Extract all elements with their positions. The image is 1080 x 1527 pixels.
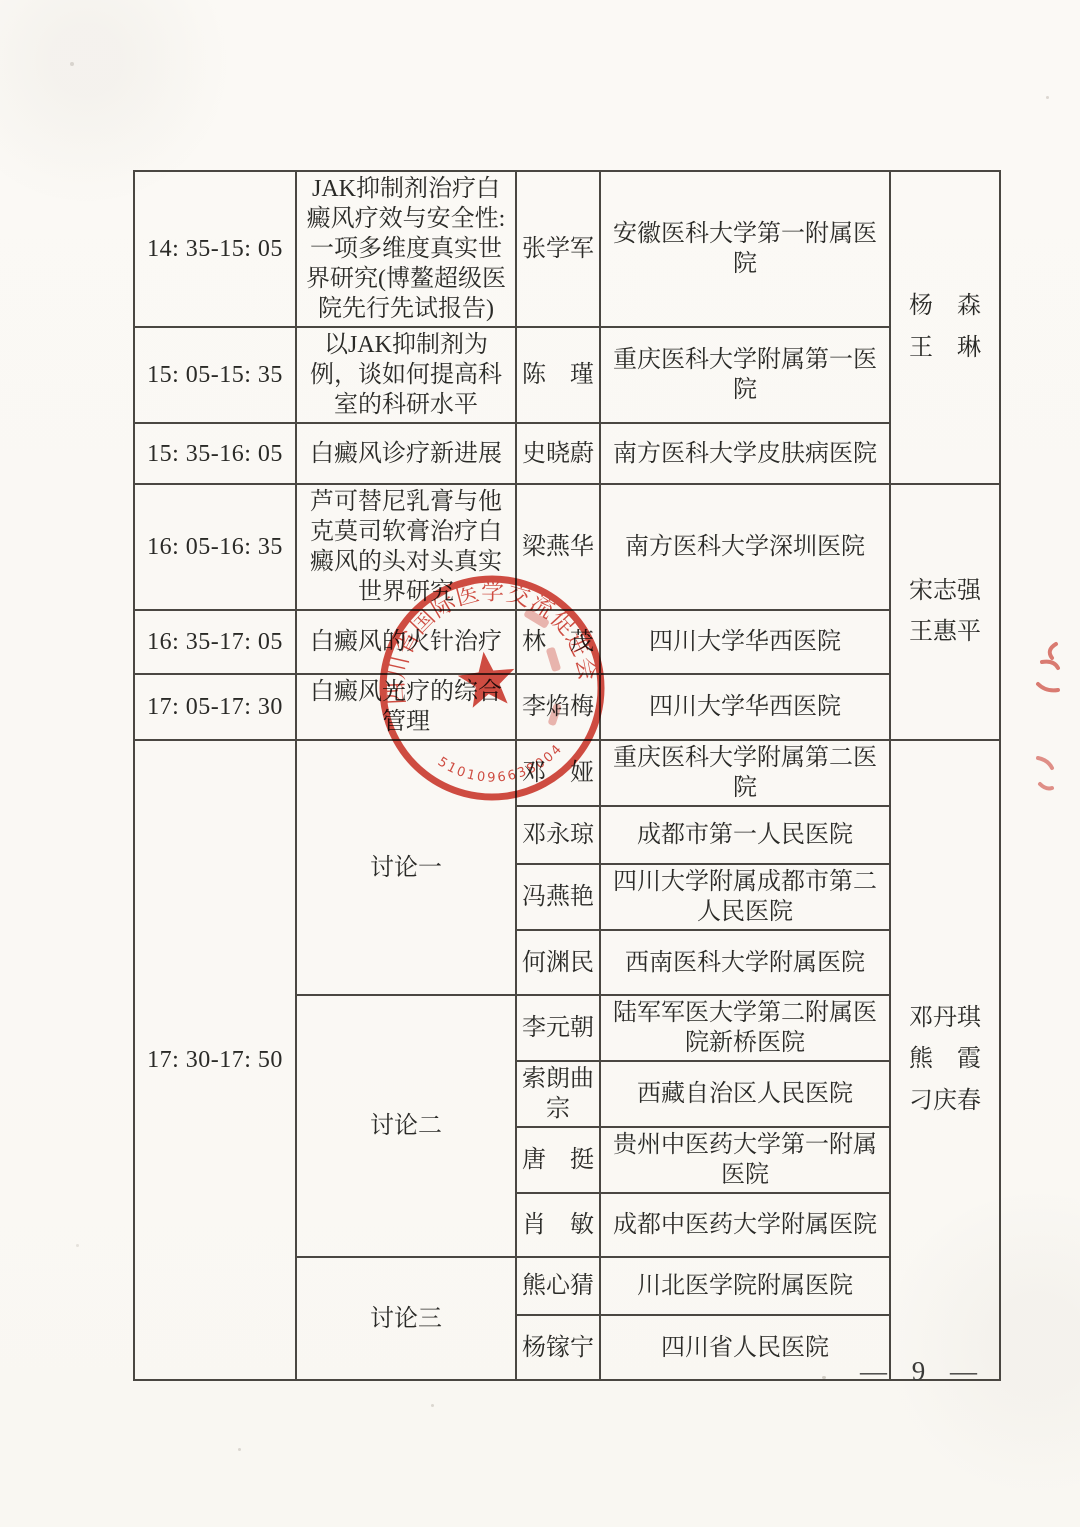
discussion-speaker: 何渊民: [516, 930, 600, 995]
session-time: 16: 05-16: 35: [134, 484, 296, 610]
session-time: 14: 35-15: 05: [134, 171, 296, 327]
stamp-star-icon: [455, 648, 518, 709]
session-institution: 南方医科大学皮肤病医院: [600, 423, 890, 484]
moderator-name: 刁庆春: [896, 1081, 994, 1122]
session-institution: 重庆医科大学附属第一医院: [600, 327, 890, 423]
scan-speckle: [1046, 96, 1049, 99]
document-page: 14: 35-15: 05 JAK抑制剂治疗白癜风疗效与安全性: 一项多维度真实…: [0, 0, 1080, 1527]
moderator-name: 邓丹琪: [896, 998, 994, 1039]
discussion-speaker: 索朗曲宗: [516, 1061, 600, 1127]
discussion-institution: 贵州中医药大学第一附属医院: [600, 1127, 890, 1193]
moderator-name: 王惠平: [896, 612, 994, 653]
discussion-speaker: 熊心猜: [516, 1257, 600, 1315]
session-title: 白癜风诊疗新进展: [296, 423, 516, 484]
table-row: 14: 35-15: 05 JAK抑制剂治疗白癜风疗效与安全性: 一项多维度真实…: [134, 171, 1000, 327]
session-title: JAK抑制剂治疗白癜风疗效与安全性: 一项多维度真实世界研究(博鳌超级医院先行先…: [296, 171, 516, 327]
session-time: 15: 05-15: 35: [134, 327, 296, 423]
scan-speckle: [822, 1376, 826, 1379]
scan-speckle: [238, 1448, 241, 1451]
discussion-label: 讨论三: [296, 1257, 516, 1380]
moderator-name: 熊 霞: [896, 1039, 994, 1080]
stamp-code-text: 5101096638004: [433, 739, 569, 792]
discussion-institution: 西南医科大学附属医院: [600, 930, 890, 995]
discussion-label: 讨论二: [296, 995, 516, 1257]
moderator-name: 宋志强: [896, 571, 994, 612]
red-ink-mark: [1028, 636, 1068, 706]
page-number: — 9 —: [828, 1356, 1018, 1387]
discussion-speaker: 李元朝: [516, 995, 600, 1061]
scan-speckle: [76, 1244, 79, 1247]
moderator-name: 杨 森: [896, 286, 994, 327]
discussion-institution: 西藏自治区人民医院: [600, 1061, 890, 1127]
discussion-institution: 四川大学附属成都市第二人民医院: [600, 864, 890, 930]
session-speaker: 陈 瑾: [516, 327, 600, 423]
discussion-speaker: 冯燕艳: [516, 864, 600, 930]
discussion-institution: 成都市第一人民医院: [600, 806, 890, 864]
discussion-institution: 重庆医科大学附属第二医院: [600, 740, 890, 806]
session-time: 17: 05-17: 30: [134, 674, 296, 740]
session-time: 16: 35-17: 05: [134, 610, 296, 674]
discussion-time: 17: 30-17: 50: [134, 740, 296, 1380]
svg-text:5101096638004: 5101096638004: [433, 739, 569, 792]
session-speaker: 史晓蔚: [516, 423, 600, 484]
discussion-speaker: 邓永琼: [516, 806, 600, 864]
session-title: 以JAK抑制剂为例，谈如何提高科室的科研水平: [296, 327, 516, 423]
official-seal-stamp: 四川省国际医学交流促进会 5101096638004: [358, 554, 625, 821]
session-institution: 四川大学华西医院: [600, 610, 890, 674]
discussion-speaker: 肖 敏: [516, 1193, 600, 1257]
discussion-speaker: 杨镓宁: [516, 1315, 600, 1380]
session-institution: 南方医科大学深圳医院: [600, 484, 890, 610]
red-ink-mark: [1030, 750, 1064, 802]
table-row: 15: 05-15: 35 以JAK抑制剂为例，谈如何提高科室的科研水平 陈 瑾…: [134, 327, 1000, 423]
discussion-institution: 陆军军医大学第二附属医院新桥医院: [600, 995, 890, 1061]
discussion-speaker: 唐 挺: [516, 1127, 600, 1193]
moderator-name: 王 琳: [896, 328, 994, 369]
scan-speckle: [70, 62, 74, 66]
session-institution: 安徽医科大学第一附属医院: [600, 171, 890, 327]
session-speaker: 张学军: [516, 171, 600, 327]
scan-speckle: [431, 1404, 434, 1407]
session-time: 15: 35-16: 05: [134, 423, 296, 484]
discussion-institution: 成都中医药大学附属医院: [600, 1193, 890, 1257]
moderator-cell: 宋志强 王惠平: [890, 484, 1000, 740]
moderator-cell: 邓丹琪 熊 霞 刁庆春: [890, 740, 1000, 1380]
moderator-cell: 杨 森 王 琳: [890, 171, 1000, 484]
discussion-institution: 川北医学院附属医院: [600, 1257, 890, 1315]
session-institution: 四川大学华西医院: [600, 674, 890, 740]
table-row: 15: 35-16: 05 白癜风诊疗新进展 史晓蔚 南方医科大学皮肤病医院: [134, 423, 1000, 484]
